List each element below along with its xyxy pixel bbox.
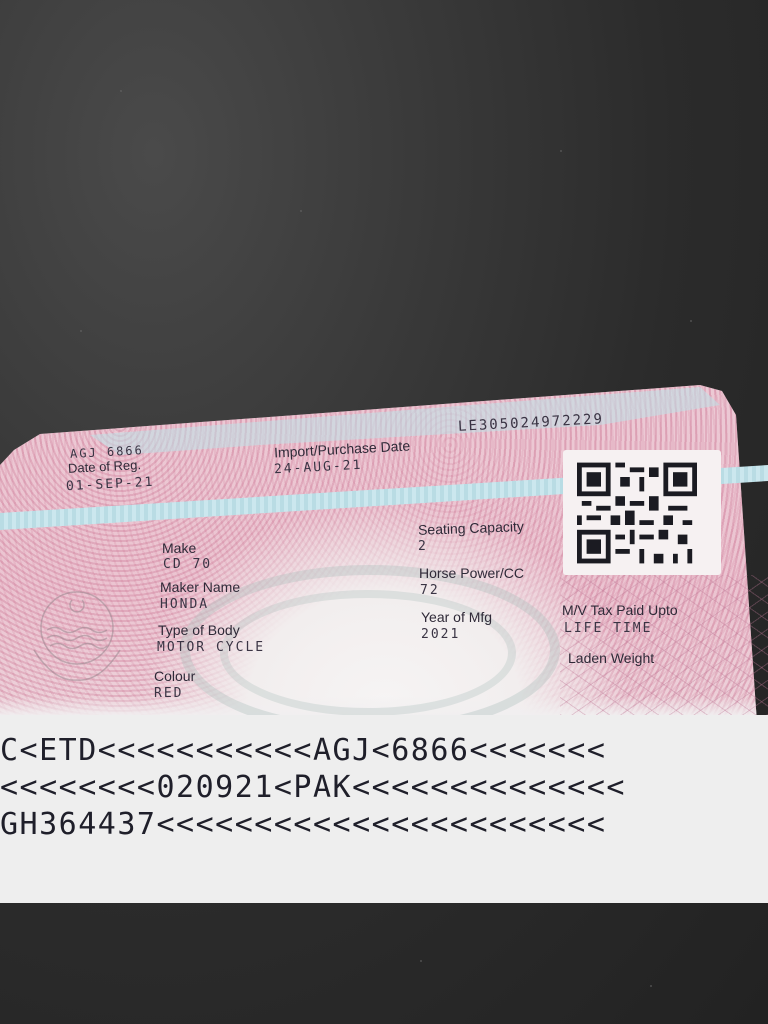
horse-power-cc-value: 72: [420, 583, 440, 598]
mv-tax-paid-upto-label: M/V Tax Paid Upto: [562, 602, 678, 618]
colour-label: Colour: [154, 668, 195, 684]
year-of-mfg-value: 2021: [421, 627, 460, 642]
qr-code-icon: [577, 462, 697, 564]
maker-name-value: HONDA: [160, 597, 209, 612]
type-of-body-value: MOTOR CYCLE: [157, 640, 265, 655]
colour-value: RED: [154, 686, 183, 701]
make-label: Make: [162, 540, 196, 556]
machine-readable-zone: C<ETD<<<<<<<<<<<AGJ<6866<<<<<<< <<<<<<<<…: [0, 715, 768, 903]
laden-weight-label: Laden Weight: [568, 650, 654, 666]
security-mesh: [560, 575, 768, 715]
mrz-line-1: C<ETD<<<<<<<<<<<AGJ<6866<<<<<<<: [0, 733, 606, 768]
type-of-body-label: Type of Body: [158, 622, 240, 638]
government-emblem-icon: [22, 580, 132, 685]
maker-name-label: Maker Name: [160, 579, 240, 595]
horse-power-cc-label: Horse Power/CC: [419, 565, 524, 581]
mrz-line-3: GH364437<<<<<<<<<<<<<<<<<<<<<<<: [0, 807, 606, 842]
make-value: CD 70: [163, 557, 212, 572]
year-of-mfg-label: Year of Mfg: [421, 609, 492, 625]
vehicle-registration-card: LE305024972229 AGJ 6866 Date of Reg. 01-…: [0, 385, 768, 903]
mrz-line-2: <<<<<<<<020921<PAK<<<<<<<<<<<<<<: [0, 770, 626, 805]
qr-code-container: [563, 450, 721, 575]
mv-tax-paid-upto-value: LIFE TIME: [564, 621, 652, 636]
seating-capacity-value: 2: [418, 539, 428, 554]
